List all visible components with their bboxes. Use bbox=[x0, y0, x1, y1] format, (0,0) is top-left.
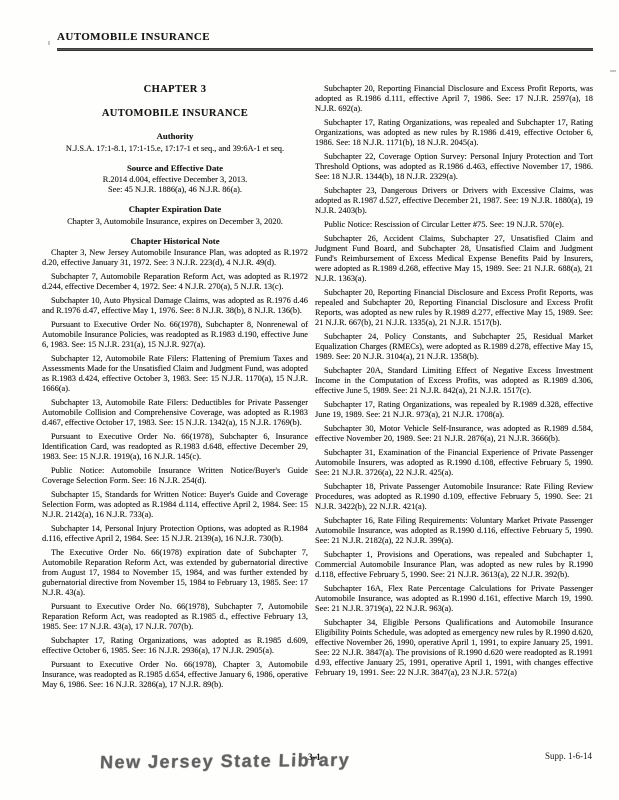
historical-note-paragraph: Pursuant to Executive Order No. 66(1978)… bbox=[42, 602, 308, 632]
section-heading-authority: Authority bbox=[42, 131, 308, 141]
historical-note-paragraphs-left: Chapter 3, New Jersey Automobile Insuran… bbox=[42, 248, 308, 690]
historical-note-paragraph: Subchapter 7, Automobile Reparation Refo… bbox=[42, 272, 308, 292]
historical-note-paragraph: Subchapter 10, Auto Physical Damage Clai… bbox=[42, 296, 308, 316]
historical-note-paragraph: Subchapter 20A, Standard Limiting Effect… bbox=[315, 366, 593, 396]
authority-section: Authority N.J.S.A. 17:1-8.1, 17:1-15.e, … bbox=[42, 131, 308, 154]
historical-note-paragraph: Subchapter 34, Eligible Persons Qualific… bbox=[315, 618, 593, 678]
scan-artifact bbox=[48, 41, 50, 45]
source-date-line: See: 45 N.J.R. 1886(a), 46 N.J.R. 86(a). bbox=[42, 185, 308, 195]
historical-note-paragraph: Subchapter 20, Reporting Financial Discl… bbox=[315, 288, 593, 328]
left-column: CHAPTER 3 AUTOMOBILE INSURANCE Authority… bbox=[42, 84, 308, 699]
historical-note-paragraph: Subchapter 31, Examination of the Financ… bbox=[315, 448, 593, 478]
historical-note-paragraph: Chapter 3, New Jersey Automobile Insuran… bbox=[42, 248, 308, 268]
historical-note-paragraph: Subchapter 17, Rating Organizations, was… bbox=[315, 400, 593, 420]
authority-citation-line: N.J.S.A. 17:1-8.1, 17:1-15.e, 17:17-1 et… bbox=[42, 144, 308, 154]
scan-artifact bbox=[610, 70, 616, 72]
chapter-title-heading: AUTOMOBILE INSURANCE bbox=[42, 108, 308, 119]
historical-note-paragraph: Subchapter 24, Policy Constants, and Sub… bbox=[315, 332, 593, 362]
historical-note-paragraph: Pursuant to Executive Order No. 66(1978)… bbox=[42, 320, 308, 350]
chapter-number-heading: CHAPTER 3 bbox=[42, 84, 308, 95]
authority-lines: N.J.S.A. 17:1-8.1, 17:1-15.e, 17:17-1 et… bbox=[42, 144, 308, 154]
historical-note-paragraph: Subchapter 30, Motor Vehicle Self-Insura… bbox=[315, 424, 593, 444]
historical-note-paragraph: Pursuant to Executive Order No. 66(1978)… bbox=[42, 432, 308, 462]
source-effective-date-section: Source and Effective Date R.2014 d.004, … bbox=[42, 163, 308, 196]
historical-note-paragraph: Subchapter 20, Reporting Financial Discl… bbox=[315, 84, 593, 114]
historical-note-paragraph: Pursuant to Executive Order No. 66(1978)… bbox=[42, 660, 308, 690]
historical-note-paragraph: Subchapter 17, Rating Organizations, was… bbox=[315, 118, 593, 148]
historical-note-paragraph: Subchapter 16, Rate Filing Requirements:… bbox=[315, 516, 593, 546]
source-date-line: R.2014 d.004, effective December 3, 2013… bbox=[42, 175, 308, 185]
right-column: Subchapter 20, Reporting Financial Discl… bbox=[315, 84, 593, 682]
historical-note-paragraphs-right: Subchapter 20, Reporting Financial Discl… bbox=[315, 84, 593, 678]
chapter-expiration-section: Chapter Expiration Date Chapter 3, Autom… bbox=[42, 204, 308, 227]
historical-note-paragraph: Subchapter 13, Automobile Rate Filers: D… bbox=[42, 398, 308, 428]
expiration-line: Chapter 3, Automobile Insurance, expires… bbox=[42, 217, 308, 227]
page-number: 3-1 bbox=[308, 752, 321, 762]
historical-note-paragraph: Subchapter 18, Private Passenger Automob… bbox=[315, 482, 593, 512]
historical-note-paragraph: Subchapter 14, Personal Injury Protectio… bbox=[42, 524, 308, 544]
chapter-historical-note-section: Chapter Historical Note Chapter 3, New J… bbox=[42, 236, 308, 691]
historical-note-paragraph: Subchapter 1, Provisions and Operations,… bbox=[315, 550, 593, 580]
historical-note-paragraph: Public Notice: Automobile Insurance Writ… bbox=[42, 466, 308, 486]
running-header: AUTOMOBILE INSURANCE bbox=[57, 31, 210, 43]
section-heading-source-date: Source and Effective Date bbox=[42, 163, 308, 173]
historical-note-paragraph: Subchapter 16A, Flex Rate Percentage Cal… bbox=[315, 584, 593, 614]
supplement-label: Supp. 1-6-14 bbox=[545, 751, 592, 761]
historical-note-paragraph: The Executive Order No. 66(1978) expirat… bbox=[42, 548, 308, 598]
header-rule bbox=[57, 48, 593, 51]
historical-note-paragraph: Subchapter 17, Rating Organizations, was… bbox=[42, 636, 308, 656]
source-date-lines: R.2014 d.004, effective December 3, 2013… bbox=[42, 175, 308, 195]
section-heading-historical-note: Chapter Historical Note bbox=[42, 236, 308, 246]
section-heading-expiration: Chapter Expiration Date bbox=[42, 204, 308, 214]
historical-note-paragraph: Public Notice: Rescission of Circular Le… bbox=[315, 220, 593, 230]
expiration-lines: Chapter 3, Automobile Insurance, expires… bbox=[42, 217, 308, 227]
historical-note-paragraph: Subchapter 22, Coverage Option Survey: P… bbox=[315, 152, 593, 182]
historical-note-paragraph: Subchapter 26, Accident Claims, Subchapt… bbox=[315, 234, 593, 284]
historical-note-paragraph: Subchapter 23, Dangerous Drivers or Driv… bbox=[315, 186, 593, 216]
historical-note-paragraph: Subchapter 12, Automobile Rate Filers: F… bbox=[42, 354, 308, 394]
historical-note-paragraph: Subchapter 15, Standards for Written Not… bbox=[42, 490, 308, 520]
document-page: AUTOMOBILE INSURANCE CHAPTER 3 AUTOMOBIL… bbox=[0, 0, 619, 800]
